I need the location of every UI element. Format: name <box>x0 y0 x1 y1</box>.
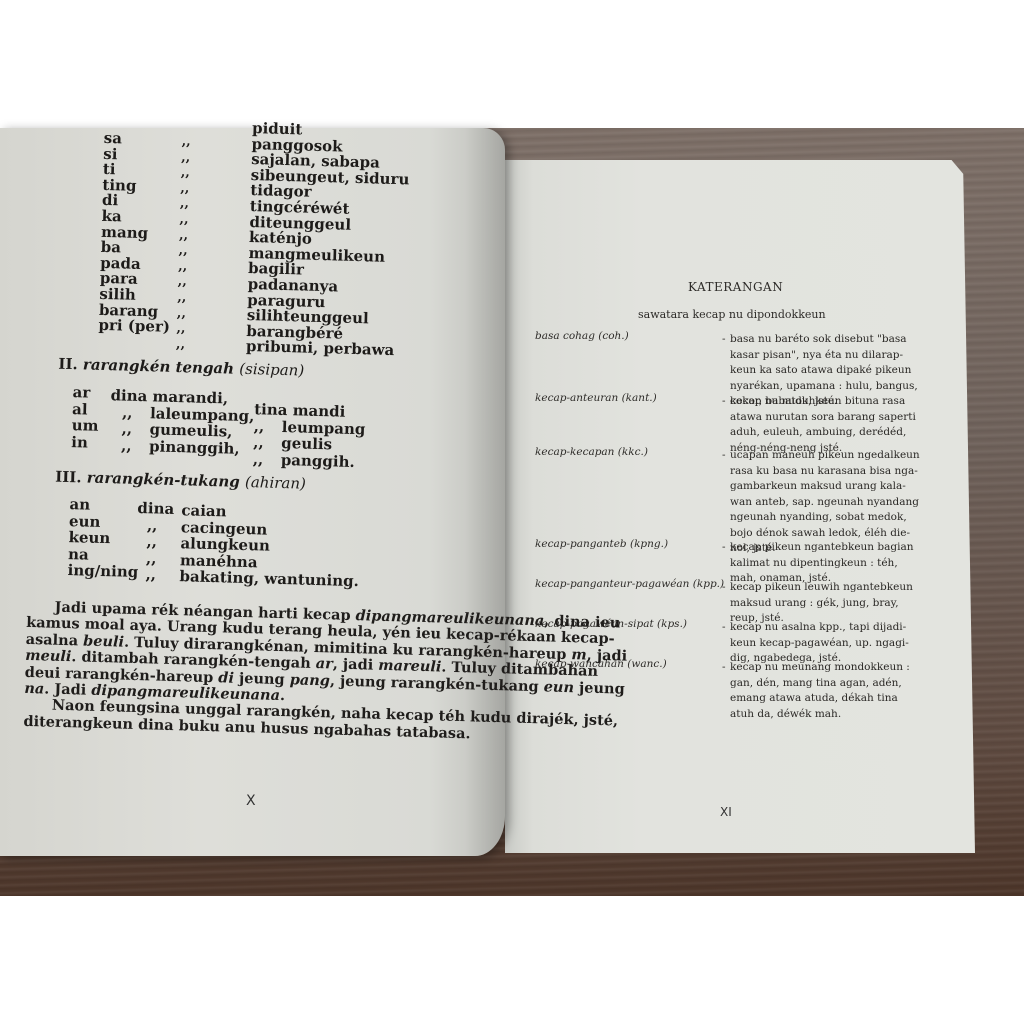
definition-line: bojo dénok sawah ledok, éléh die- <box>730 526 955 542</box>
section-iii-heading: III. rarangkén-tukang (ahiran) <box>55 468 306 493</box>
definition-line: keun kecap-pagawéan, up. ngagi- <box>730 636 955 652</box>
section-subtitle: (sisipan) <box>239 360 304 380</box>
abbreviation-term: kecap-panganteb (kpng.) <box>535 538 668 550</box>
ditto-mark: ,, <box>179 212 188 227</box>
definition-line: atawa nurutan sora barang saperti <box>730 410 955 426</box>
definition-line: gambarkeun maksud urang kala- <box>730 479 955 495</box>
prefix-example-list: sa,,piduitsi,,panggosokti,,sajalan, saba… <box>0 128 505 142</box>
abbreviation-definition: -kecap nu meunang mondokkeun :gan, dén, … <box>730 660 955 722</box>
ditto-mark: ,, <box>180 181 189 196</box>
ditto-mark: ,, <box>181 150 190 165</box>
section-number: II. <box>58 355 78 374</box>
abbreviation-term: basa cohag (coh.) <box>535 330 629 342</box>
affix-label: ing/ning <box>67 561 138 581</box>
definition-line: gan, dén, mang tina agan, adén, <box>730 676 955 692</box>
base-word: panggih. <box>281 450 355 470</box>
definition-line: kecap pikeun leuwih ngantebkeun <box>730 580 955 596</box>
definition-line: kecap nu asalna kpp., tapi dijadi- <box>730 620 955 636</box>
explanation-paragraph: Jadi upama rék néangan harti kecap dipan… <box>23 599 496 743</box>
ditto-mark: ,, <box>181 134 190 149</box>
ditto-mark: ,, <box>179 228 188 243</box>
definition-line: aduh, euleuh, ambuing, derédéd, <box>730 425 955 441</box>
ditto-mark: ,, <box>145 565 156 583</box>
definition-line: ngeunah nyanding, sobat medok, <box>730 510 955 526</box>
definition-line: kecap pikeun ngantebkeun bagian <box>730 540 955 556</box>
definition-line: nyarékan, upamana : hulu, bangus, <box>730 379 955 395</box>
ditto-mark: ,, <box>146 549 157 567</box>
affix-label: in <box>71 433 88 451</box>
example-word: bakating, wantuning. <box>179 567 359 590</box>
definition-line: rasa ku basa nu karasana bisa nga- <box>730 464 955 480</box>
list-dash: - <box>722 332 726 348</box>
abbreviation-term: kecap-anteuran (kant.) <box>535 392 657 404</box>
list-dash: - <box>722 620 726 636</box>
page-subheading: sawatara kecap nu dipondokkeun <box>638 308 826 321</box>
section-title: rarangkén tengah <box>83 355 235 377</box>
definition-line: kasar pisan", nya éta nu dilarap- <box>730 348 955 364</box>
section-subtitle: (ahiran) <box>245 473 306 493</box>
page-number-right: XI <box>720 805 732 819</box>
book-page-left: sa,,piduitsi,,panggosokti,,sajalan, saba… <box>0 128 505 856</box>
book-page-right: KATERANGAN sawatara kecap nu dipondokkeu… <box>505 160 975 853</box>
section-ii-heading: II. rarangkén tengah (sisipan) <box>58 355 304 380</box>
definition-line: maksud urang : gék, jung, bray, <box>730 596 955 612</box>
ditto-mark: ,, <box>147 516 158 534</box>
definition-line: keun ka sato atawa dipaké pikeun <box>730 363 955 379</box>
affix-label: pri (per) <box>98 316 170 336</box>
ditto-mark: ,, <box>177 306 186 321</box>
ditto-mark: ,, <box>177 290 186 305</box>
definition-line: kalimat nu dipentingkeun : téh, <box>730 556 955 572</box>
section-title: rarangkén-tukang <box>87 469 240 491</box>
ditto-mark: ,, <box>176 321 185 336</box>
list-dash: - <box>722 580 726 596</box>
ditto-mark: ,, <box>178 243 187 258</box>
ditto-mark: ,, <box>178 274 187 289</box>
ditto-mark: ,, <box>121 420 132 438</box>
definition-line: basa nu baréto sok disebut "basa <box>730 332 955 348</box>
list-dash: - <box>722 660 726 676</box>
abbreviation-term: kecap-panganteur-pagawéan (kpp.) <box>535 578 724 590</box>
ditto-mark: ,, <box>253 433 264 451</box>
example-word: pribumi, perbawa <box>246 337 395 359</box>
list-dash: - <box>722 540 726 556</box>
abbreviation-term: kecap-kecapan (kkc.) <box>535 446 648 458</box>
definition-line: ucapan maneuh pikeun ngedalkeun <box>730 448 955 464</box>
ditto-mark: ,, <box>121 436 132 454</box>
left-page-content: sa,,piduitsi,,panggosokti,,sajalan, saba… <box>0 128 505 870</box>
list-dash: - <box>722 448 726 464</box>
ditto-mark: ,, <box>254 417 265 435</box>
ditto-mark: ,, <box>178 259 187 274</box>
section-number: III. <box>55 468 82 487</box>
ditto-mark: ,, <box>253 450 264 468</box>
example-word: pinanggih, <box>149 437 240 458</box>
list-dash: - <box>722 394 726 410</box>
definition-line: wan anteb, sap. ngeunah nyandang <box>730 495 955 511</box>
definition-line: kecap nu meunang mondokkeun : <box>730 660 955 676</box>
page-heading: KATERANGAN <box>688 280 783 294</box>
definition-line: atuh da, déwék mah. <box>730 707 955 723</box>
page-number-left: X <box>246 793 256 809</box>
ditto-mark: ,, <box>176 337 185 352</box>
ditto-mark: ,, <box>180 196 189 211</box>
abbreviation-definition: -kecap nu nuduhkeun bituna rasaatawa nur… <box>730 394 955 456</box>
definition-line: emang atawa atuda, dékah tina <box>730 691 955 707</box>
definition-line: kecap nu nuduhkeun bituna rasa <box>730 394 955 410</box>
ditto-mark: ,, <box>181 165 190 180</box>
